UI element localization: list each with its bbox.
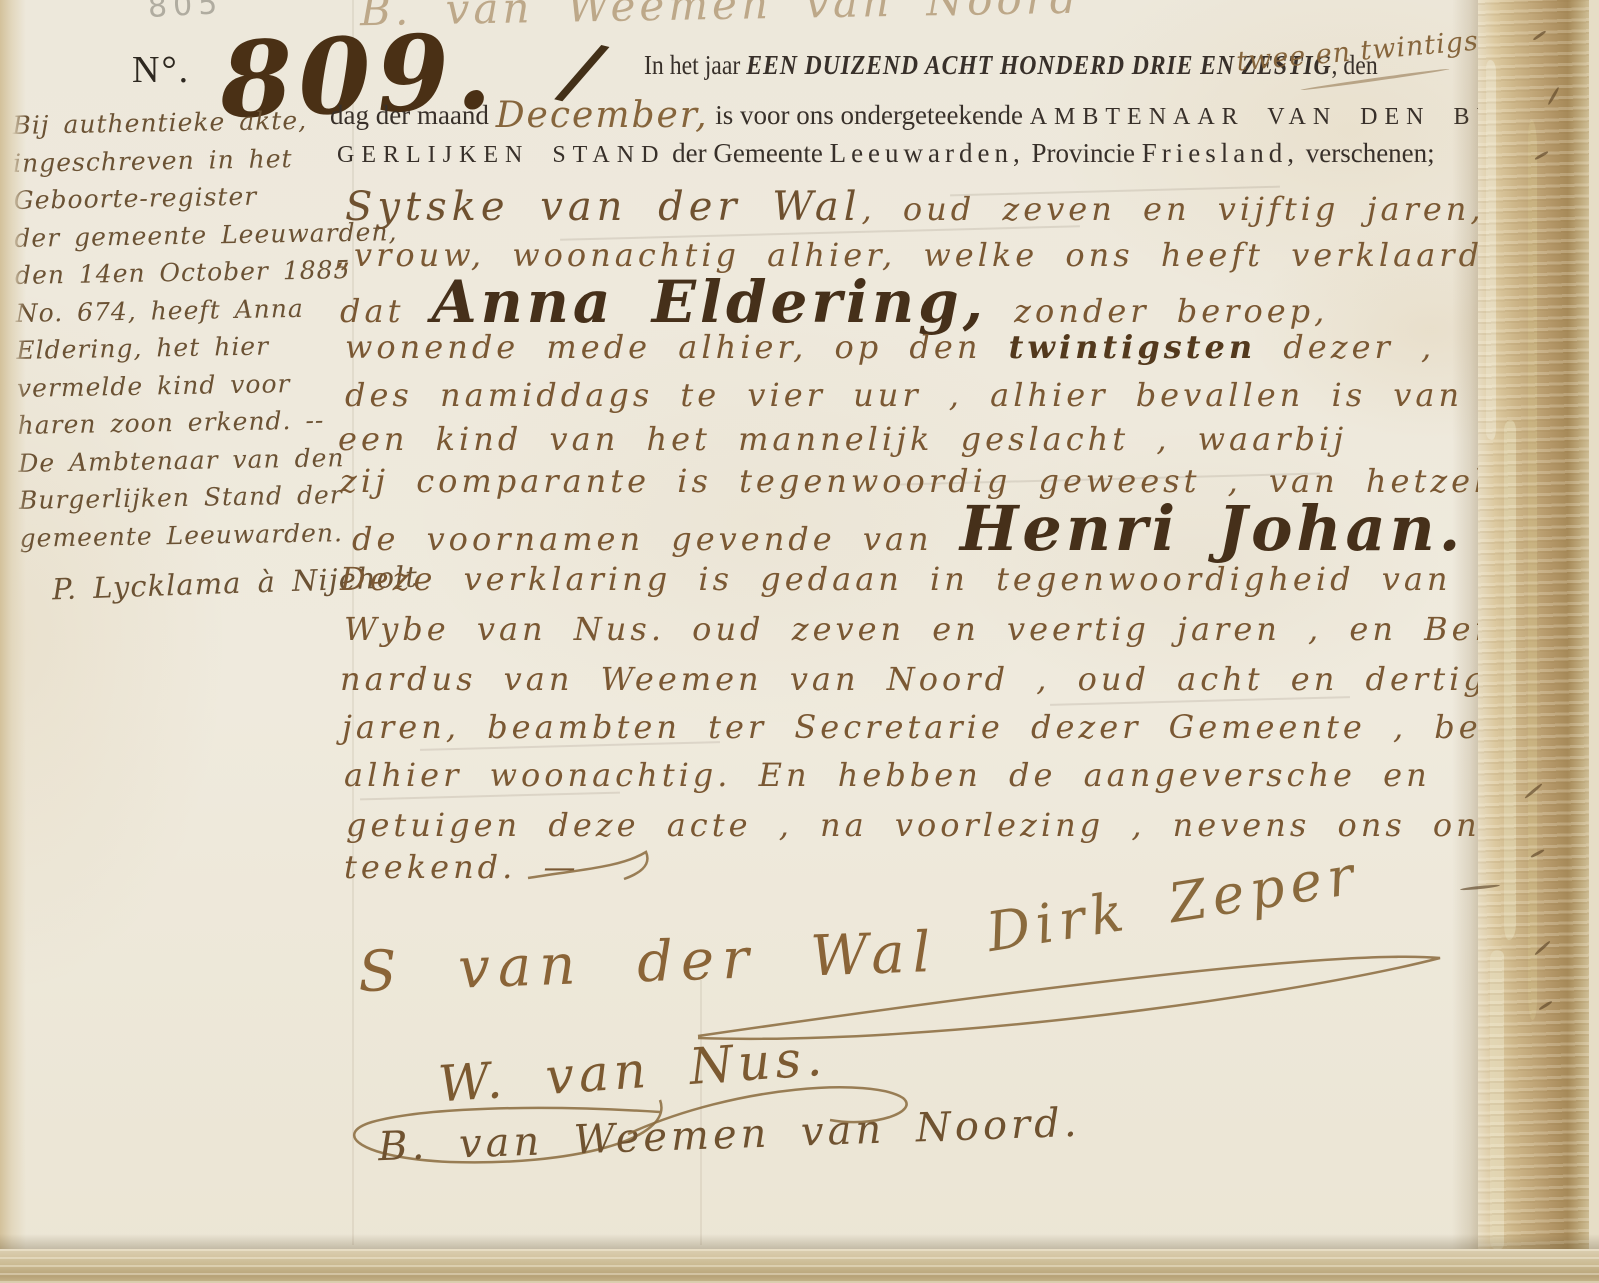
body-line-15: teekend. — bbox=[344, 848, 580, 886]
birth-day-word: twintigsten bbox=[1009, 328, 1256, 366]
page-curl-shadow bbox=[1452, 0, 1478, 1283]
signature-witness-1: W. van Nus. bbox=[436, 1028, 828, 1113]
mother-name: Anna Eldering, bbox=[432, 268, 987, 336]
body-line-9: Deze verklaring is gedaan in tegenwoordi… bbox=[340, 560, 1452, 598]
margin-line: Bij authentieke akte, bbox=[12, 101, 343, 144]
signature-declarant: S van der Wal bbox=[357, 920, 940, 1005]
body-line-5: des namiddags te vier uur , alhier beval… bbox=[345, 376, 1463, 414]
table-gap bbox=[1589, 0, 1599, 1283]
child-name: Henri Johan. bbox=[960, 492, 1465, 565]
body-line-14: getuigen deze acte , na voorlezing , nev… bbox=[346, 806, 1562, 844]
printed-line3-mid2: Provincie bbox=[1032, 138, 1135, 168]
page-bottom-shadow bbox=[0, 1234, 1599, 1250]
margin-line: haren zoon erkend. -- bbox=[17, 401, 348, 444]
printed-municipality: Leeuwarden, bbox=[830, 138, 1025, 168]
margin-line: De Ambtenaar van den bbox=[18, 439, 349, 482]
margin-line: Eldering, het hier bbox=[16, 326, 347, 369]
margin-line: den 14en October 1885 bbox=[15, 251, 346, 294]
body-line-12: jaren, beambten ter Secretarie dezer Gem… bbox=[342, 708, 1543, 746]
printed-line3-end: verschenen; bbox=[1306, 138, 1435, 168]
printed-line1-pre: In het jaar bbox=[644, 50, 740, 80]
body-line-10: Wybe van Nus. oud zeven en veertig jaren… bbox=[344, 610, 1494, 648]
handwritten-month: December, bbox=[496, 95, 709, 136]
act-number-label: N°. bbox=[132, 48, 190, 92]
body-line-8: de voornamen gevende van Henri Johan. bbox=[352, 492, 1464, 565]
body-line-4: wonende mede alhier, op den twintigsten … bbox=[345, 328, 1435, 366]
signature-official: Dirk Zeper bbox=[982, 843, 1363, 964]
printed-line2-pre: dag der maand bbox=[330, 100, 489, 130]
margin-line: No. 674, heeft Anna bbox=[15, 289, 346, 332]
margin-line: Burgerlijken Stand der bbox=[19, 476, 350, 519]
printed-line-3: GERLIJKEN STAND der Gemeente Leeuwarden,… bbox=[337, 138, 1435, 169]
body-line-6: een kind van het mannelijk geslacht , wa… bbox=[338, 420, 1347, 458]
body-line-13: alhier woonachtig. En hebben de aangever… bbox=[344, 756, 1431, 794]
margin-line: der gemeente Leeuwarden, bbox=[14, 214, 345, 257]
body-line-3: dat Anna Eldering, zonder beroep, bbox=[340, 268, 1328, 336]
printed-line-2: dag der maand December, is voor ons onde… bbox=[330, 92, 1539, 133]
margin-line: ingeschreven in het bbox=[13, 139, 344, 182]
body-line-11: nardus van Weemen van Noord , oud acht e… bbox=[340, 660, 1488, 698]
torn-edge-texture bbox=[1478, 0, 1599, 1283]
printed-province: Friesland, bbox=[1142, 138, 1299, 168]
margin-line: Geboorte-register bbox=[13, 176, 344, 219]
left-paper-edge bbox=[0, 0, 26, 1283]
margin-line: gemeente Leeuwarden. bbox=[19, 514, 350, 557]
printed-line3-caps: GERLIJKEN STAND bbox=[337, 142, 665, 168]
pencil-note: 805 bbox=[147, 0, 224, 25]
register-page: B. van Weemen van Noord 805 N°. 809. / I… bbox=[0, 0, 1599, 1283]
margin-annotation: Bij authentieke akte, ingeschreven in he… bbox=[12, 101, 350, 557]
printed-line2-mid: is voor ons ondergeteekende bbox=[715, 100, 1023, 130]
declarant-name: Sytske van der Wal bbox=[345, 184, 862, 230]
underlying-page-edges bbox=[0, 1249, 1599, 1283]
margin-line: vermelde kind voor bbox=[17, 364, 348, 407]
book-page-edges bbox=[1478, 0, 1599, 1283]
body-line-1: Sytske van der Wal, oud zeven en vijftig… bbox=[345, 184, 1599, 230]
printed-line3-mid: der Gemeente bbox=[672, 138, 823, 168]
